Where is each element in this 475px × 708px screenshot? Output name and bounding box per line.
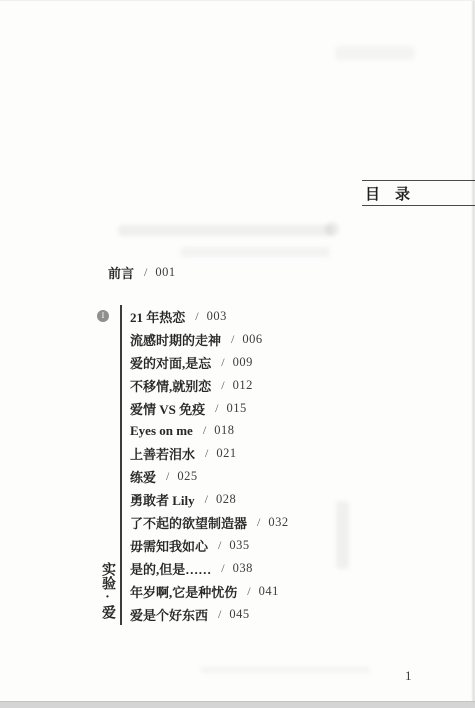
toc-item-page: 035 [229, 538, 249, 553]
toc-item-separator: / [215, 401, 218, 416]
toc-item: 爱的对面,是忘 / 009 [130, 351, 465, 374]
toc-list: 21 年热恋 / 003 流感时期的走神 / 006 爱的对面,是忘 / 009… [130, 305, 465, 625]
toc-item-title: 是的,但是…… [130, 559, 211, 578]
toc-item-separator: / [205, 446, 208, 461]
toc-item-page: 038 [233, 561, 253, 576]
toc-item-page: 006 [242, 332, 262, 347]
toc-item: 是的,但是…… / 038 [130, 557, 465, 580]
section-one-marker: I [97, 310, 109, 322]
toc-item-title: 了不起的欲望制造器 [130, 513, 247, 532]
toc-item: 21 年热恋 / 003 [130, 305, 465, 328]
toc-item-page: 018 [214, 423, 234, 438]
bleedthrough-smudge [118, 225, 333, 236]
toc-item-separator: / [221, 355, 224, 370]
preface-label: 前言 [108, 263, 134, 282]
toc-item-title: 练爱 [130, 467, 156, 486]
toc-item-page: 015 [226, 401, 246, 416]
toc-item: Eyes on me / 018 [130, 419, 465, 442]
toc-item-title: Eyes on me [130, 423, 193, 439]
toc-item-title: 爱情 VS 免疫 [130, 399, 205, 418]
toc-item-page: 025 [177, 469, 197, 484]
toc-item-page: 041 [259, 584, 279, 599]
bleedthrough-smudge [335, 46, 415, 60]
toc-item: 了不起的欲望制造器 / 032 [130, 511, 465, 534]
section-vertical-title: 实验·爱 [99, 562, 115, 619]
section-divider-rule [120, 305, 122, 625]
toc-item-separator: / [205, 492, 208, 507]
toc-item-title: 上善若泪水 [130, 444, 195, 463]
toc-item-separator: / [218, 538, 221, 553]
book-toc-page: 目 录 前言 / 001 I 实验·爱 21 年热恋 / 003 流感时期的走神… [0, 0, 475, 708]
toc-item-separator: / [221, 561, 224, 576]
toc-item: 上善若泪水 / 021 [130, 442, 465, 465]
toc-item: 爱是个好东西 / 045 [130, 603, 465, 626]
toc-item-title: 毋需知我如心 [130, 536, 208, 555]
toc-item-page: 003 [207, 309, 227, 324]
toc-item-title: 流感时期的走神 [130, 330, 221, 349]
toc-item-separator: / [221, 378, 224, 393]
toc-item-separator: / [231, 332, 234, 347]
toc-item-page: 032 [268, 515, 288, 530]
toc-item: 流感时期的走神 / 006 [130, 328, 465, 351]
toc-item-separator: / [195, 309, 198, 324]
toc-item-separator: / [203, 423, 206, 438]
preface-page-number: 001 [155, 265, 175, 280]
bleedthrough-smudge [180, 247, 330, 257]
preface-row: 前言 / 001 [108, 263, 176, 281]
bleedthrough-smudge [325, 222, 339, 236]
page-title: 目 录 [365, 183, 410, 204]
toc-item-separator: / [166, 469, 169, 484]
toc-item: 勇敢者 Lily / 028 [130, 488, 465, 511]
toc-item: 年岁啊,它是种忧伤 / 041 [130, 580, 465, 603]
toc-item-title: 年岁啊,它是种忧伤 [130, 582, 237, 601]
page-number: 1 [405, 668, 412, 684]
toc-item-title: 21 年热恋 [130, 307, 185, 326]
toc-item-separator: / [257, 515, 260, 530]
toc-item: 练爱 / 025 [130, 465, 465, 488]
page-edge-right [471, 1, 475, 708]
toc-item-page: 009 [233, 355, 253, 370]
toc-item-title: 爱的对面,是忘 [130, 353, 211, 372]
toc-item-title: 爱是个好东西 [130, 605, 208, 624]
toc-item-page: 021 [216, 446, 236, 461]
toc-item-page: 028 [216, 492, 236, 507]
toc-item-separator: / [247, 584, 250, 599]
toc-item-title: 不移情,就别恋 [130, 376, 211, 395]
toc-item: 爱情 VS 免疫 / 015 [130, 397, 465, 420]
toc-item-page: 012 [233, 378, 253, 393]
toc-item-separator: / [218, 607, 221, 622]
toc-item-title: 勇敢者 Lily [130, 490, 195, 509]
preface-separator: / [144, 265, 147, 280]
bleedthrough-smudge [200, 667, 370, 673]
toc-item-page: 045 [229, 607, 249, 622]
toc-header: 目 录 [362, 180, 475, 206]
toc-item: 不移情,就别恋 / 012 [130, 374, 465, 397]
toc-item: 毋需知我如心 / 035 [130, 534, 465, 557]
